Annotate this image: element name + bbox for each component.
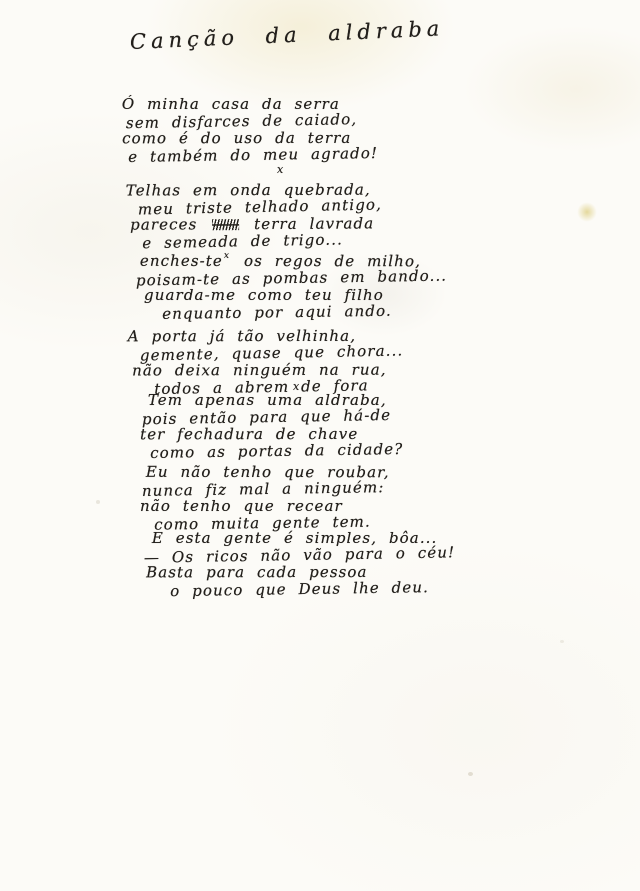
- stanza: enches-tex os regos de milho,poisam-te a…: [140, 249, 448, 322]
- stanza: E esta gente é simples, bôa...— Os ricos…: [152, 529, 456, 599]
- stanza: A porta já tão velhinha,gemente, quase q…: [128, 327, 404, 397]
- stanza: Eu não tenho que roubar,nunca fiz mal a …: [146, 463, 390, 532]
- stanza: Telhas em onda quebrada,meu triste telha…: [126, 181, 383, 252]
- manuscript-page: Canção da aldraba Ó minha casa da serras…: [0, 0, 640, 891]
- insertion-x-mark: x: [224, 251, 230, 261]
- poem-line: enquanto por aqui ando.: [162, 302, 447, 323]
- poem-line: como as portas da cidade?: [150, 441, 403, 462]
- stanza: Ó minha casa da serrasem disfarces de ca…: [122, 95, 378, 165]
- poem-line: e também do meu agrado!: [128, 145, 378, 166]
- paper-stain: [96, 500, 100, 504]
- poem-title: Canção da aldraba: [129, 16, 444, 54]
- poem-line: guarda-me como teu filho: [144, 287, 447, 304]
- crossed-out-word-scribble: [212, 219, 239, 230]
- stanza: Tem apenas uma aldraba,pois então para q…: [148, 391, 404, 461]
- stanza-separator-x-mark: x: [293, 380, 299, 393]
- stanza-separator-x-mark: x: [277, 163, 283, 176]
- paper-stain: [468, 772, 473, 776]
- paper-stain: [560, 640, 564, 643]
- poem-line: o pouco que Deus lhe deu.: [170, 579, 455, 600]
